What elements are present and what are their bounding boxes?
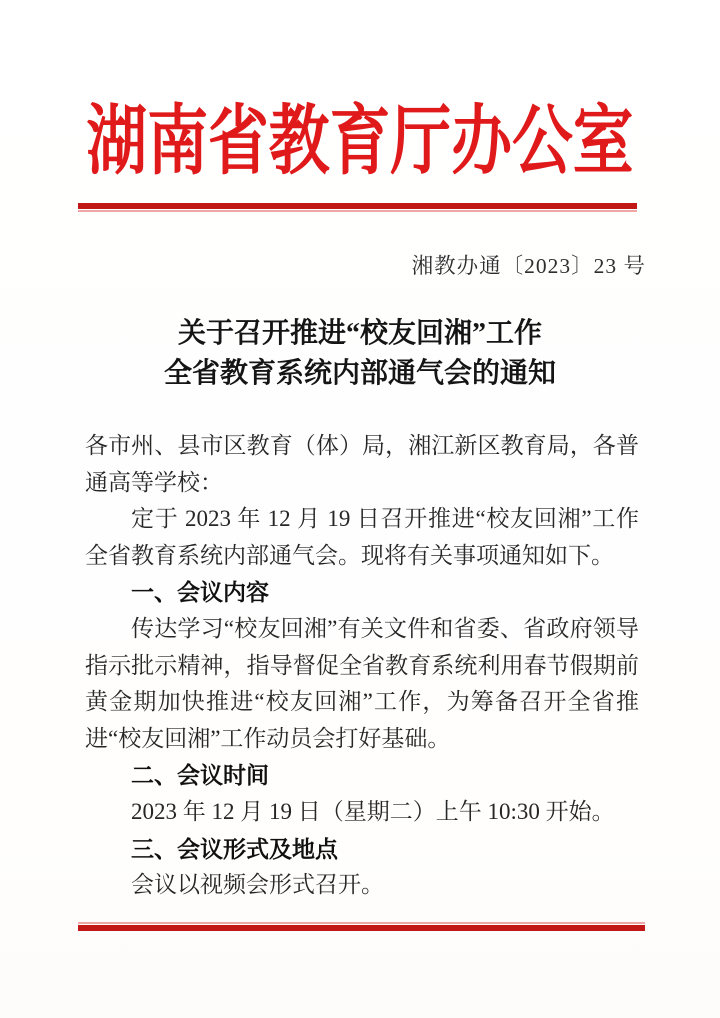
intro-paragraph: 定于 2023 年 12 月 19 日召开推进“校友回湘”工作全省教育系统内部通… bbox=[85, 501, 639, 574]
document-title-line-1: 关于召开推进“校友回湘”工作 bbox=[0, 314, 720, 354]
section-paragraph-1: 传达学习“校友回湘”有关文件和省委、省政府领导指示批示精神，指导督促全省教育系统… bbox=[85, 611, 639, 757]
document-number: 湘教办通〔2023〕23 号 bbox=[412, 251, 646, 281]
salutation: 各市州、县市区教育（体）局，湘江新区教育局，各普通高等学校： bbox=[85, 428, 639, 501]
document-title-line-2: 全省教育系统内部通气会的通知 bbox=[0, 354, 720, 394]
document-body: 各市州、县市区教育（体）局，湘江新区教育局，各普通高等学校： 定于 2023 年… bbox=[85, 428, 639, 904]
section-paragraph-2: 2023 年 12 月 19 日（星期二）上午 10:30 开始。 bbox=[85, 794, 639, 831]
red-separator-top bbox=[78, 203, 637, 212]
red-separator-bottom bbox=[78, 922, 645, 931]
section-heading-3: 三、会议形式及地点 bbox=[85, 831, 639, 868]
section-heading-1: 一、会议内容 bbox=[85, 574, 639, 611]
section-heading-2: 二、会议时间 bbox=[85, 757, 639, 794]
document-page: 湖南省教育厅办公室 湘教办通〔2023〕23 号 关于召开推进“校友回湘”工作 … bbox=[0, 0, 720, 1018]
red-separator-top-thick-line bbox=[78, 203, 637, 209]
document-title: 关于召开推进“校友回湘”工作 全省教育系统内部通气会的通知 bbox=[0, 314, 720, 394]
red-separator-top-thin-line bbox=[78, 210, 637, 212]
red-separator-bottom-thick-line bbox=[78, 925, 645, 931]
section-paragraph-3: 会议以视频会形式召开。 bbox=[85, 867, 639, 904]
masthead-org-name: 湖南省教育厅办公室 bbox=[72, 96, 648, 188]
red-separator-bottom-thin-line bbox=[78, 922, 645, 924]
